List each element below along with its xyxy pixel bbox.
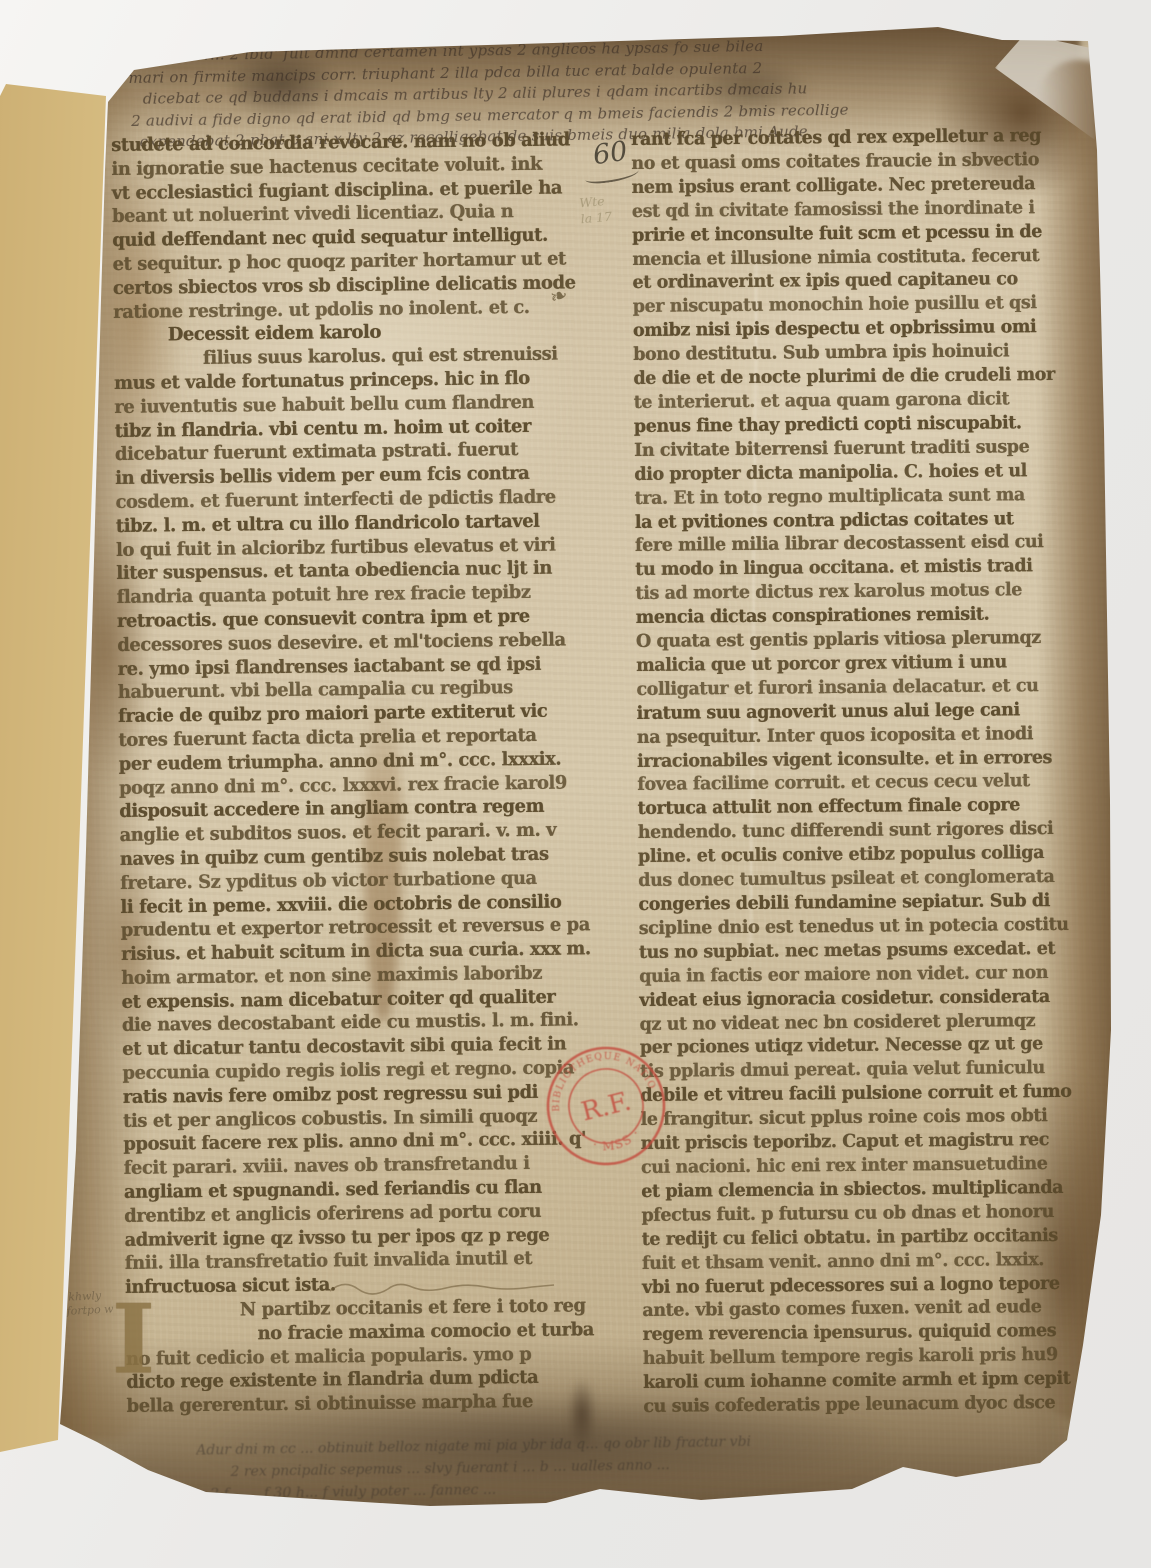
manuscript-line: bella gererentur. si obtinuisse marpha f…: [126, 1389, 596, 1419]
decorated-initial: I: [112, 1294, 155, 1385]
svg-text:· MSS ·: · MSS ·: [588, 1124, 646, 1158]
margin-note-line: co fortpo w: [50, 1302, 114, 1319]
top-margin-fragment: nul' ...: [150, 32, 185, 46]
text-column-left: studete ad concordia revocare. nam no ob…: [111, 128, 611, 1419]
bottom-margin-annotation: Adur dni m cc ... obtinuit belloz nigate…: [168, 1425, 1134, 1506]
parchment-page: nul' ... boubg arr... 2 ibid' fuit dmnd …: [0, 0, 1151, 1568]
manuscript-line: cu suis cofederatis ppe leunacum dyoc ds…: [643, 1391, 1095, 1419]
margin-note: s'e khwlyco fortpo w: [49, 1288, 114, 1319]
stamp-center-text: R.F.: [578, 1086, 634, 1127]
pen-flourish-line: [328, 1280, 558, 1298]
stamp-bottom-text: · MSS ·: [588, 1124, 646, 1158]
photograph-background: nul' ... boubg arr... 2 ibid' fuit dmnd …: [0, 0, 1151, 1568]
text-column-right: rant fca per coitates qd rex expelletur …: [631, 124, 1109, 1419]
